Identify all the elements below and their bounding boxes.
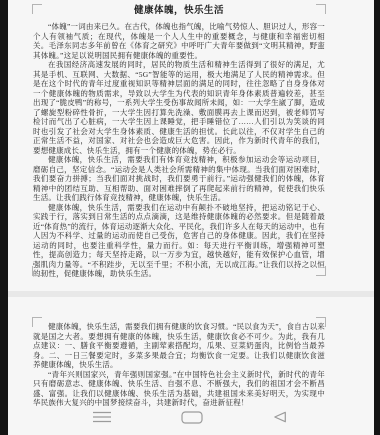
paragraph-5: 健康体魄，快乐生活，需要我们拥有健康的饮食习惯。“民以食为天”，食自古以来就是国…: [33, 322, 325, 370]
text-boundary-mark-top-left: [32, 4, 42, 14]
menu-icon[interactable]: [92, 411, 112, 423]
android-nav-bar: [0, 403, 380, 435]
recents-icon[interactable]: [181, 411, 203, 424]
text-boundary-mark-top-left: [32, 317, 42, 327]
document-title: 健康体魄，快乐生活: [33, 4, 325, 18]
phone-screen: 健康体魄，快乐生活 “体魄”一词由来已久。在古代，体魄也指气魄，比喻气势惊人、胆…: [0, 0, 380, 435]
text-boundary-mark-bottom-left: [32, 266, 42, 276]
screen-edge-right: [374, 0, 380, 435]
text-boundary-mark-top-right: [316, 317, 326, 327]
page-2-content: 健康体魄，快乐生活，需要我们拥有健康的饮食习惯。“民以食为天”，食自古以来就是国…: [33, 322, 325, 408]
document-page-1: 健康体魄，快乐生活 “体魄”一词由来已久。在古代，体魄也指气魄，比喻气势惊人、胆…: [8, 0, 374, 291]
text-boundary-mark-top-right: [316, 4, 326, 14]
paragraph-1: “体魄”一词由来已久。在古代，体魄也指气魄，比喻气势惊人、胆识过人，形容一个人有…: [33, 22, 325, 60]
paragraph-3: 健康体魄，快乐生活，需要我们有体育竞技精神，积极参加运动会等运动项目，磨砺自己，…: [33, 155, 325, 203]
document-scroll-area[interactable]: 健康体魄，快乐生活 “体魄”一词由来已久。在古代，体魄也指气魄，比喻气势惊人、胆…: [8, 0, 374, 435]
screen-edge-left: [0, 0, 8, 435]
text-boundary-mark-bottom-right: [316, 266, 326, 276]
paragraph-6: “青年兴则国家兴，青年强则国家强。”在中国特色社会主义新时代，新时代的青年只有磨…: [33, 370, 325, 408]
paragraph-4: 健康体魄，快乐生活，需要我们在运动中有颠扑不破地坚持，把运动铭记于心、实践于行，…: [33, 203, 325, 279]
page-1-content: 健康体魄，快乐生活 “体魄”一词由来已久。在古代，体魄也指气魄，比喻气势惊人、胆…: [33, 4, 325, 279]
paragraph-2: 在我国经济高速发展的同时，居民的物质生活和精神生活得到了很好的满足，尤其是手机、…: [33, 60, 325, 155]
back-icon[interactable]: [272, 411, 287, 423]
